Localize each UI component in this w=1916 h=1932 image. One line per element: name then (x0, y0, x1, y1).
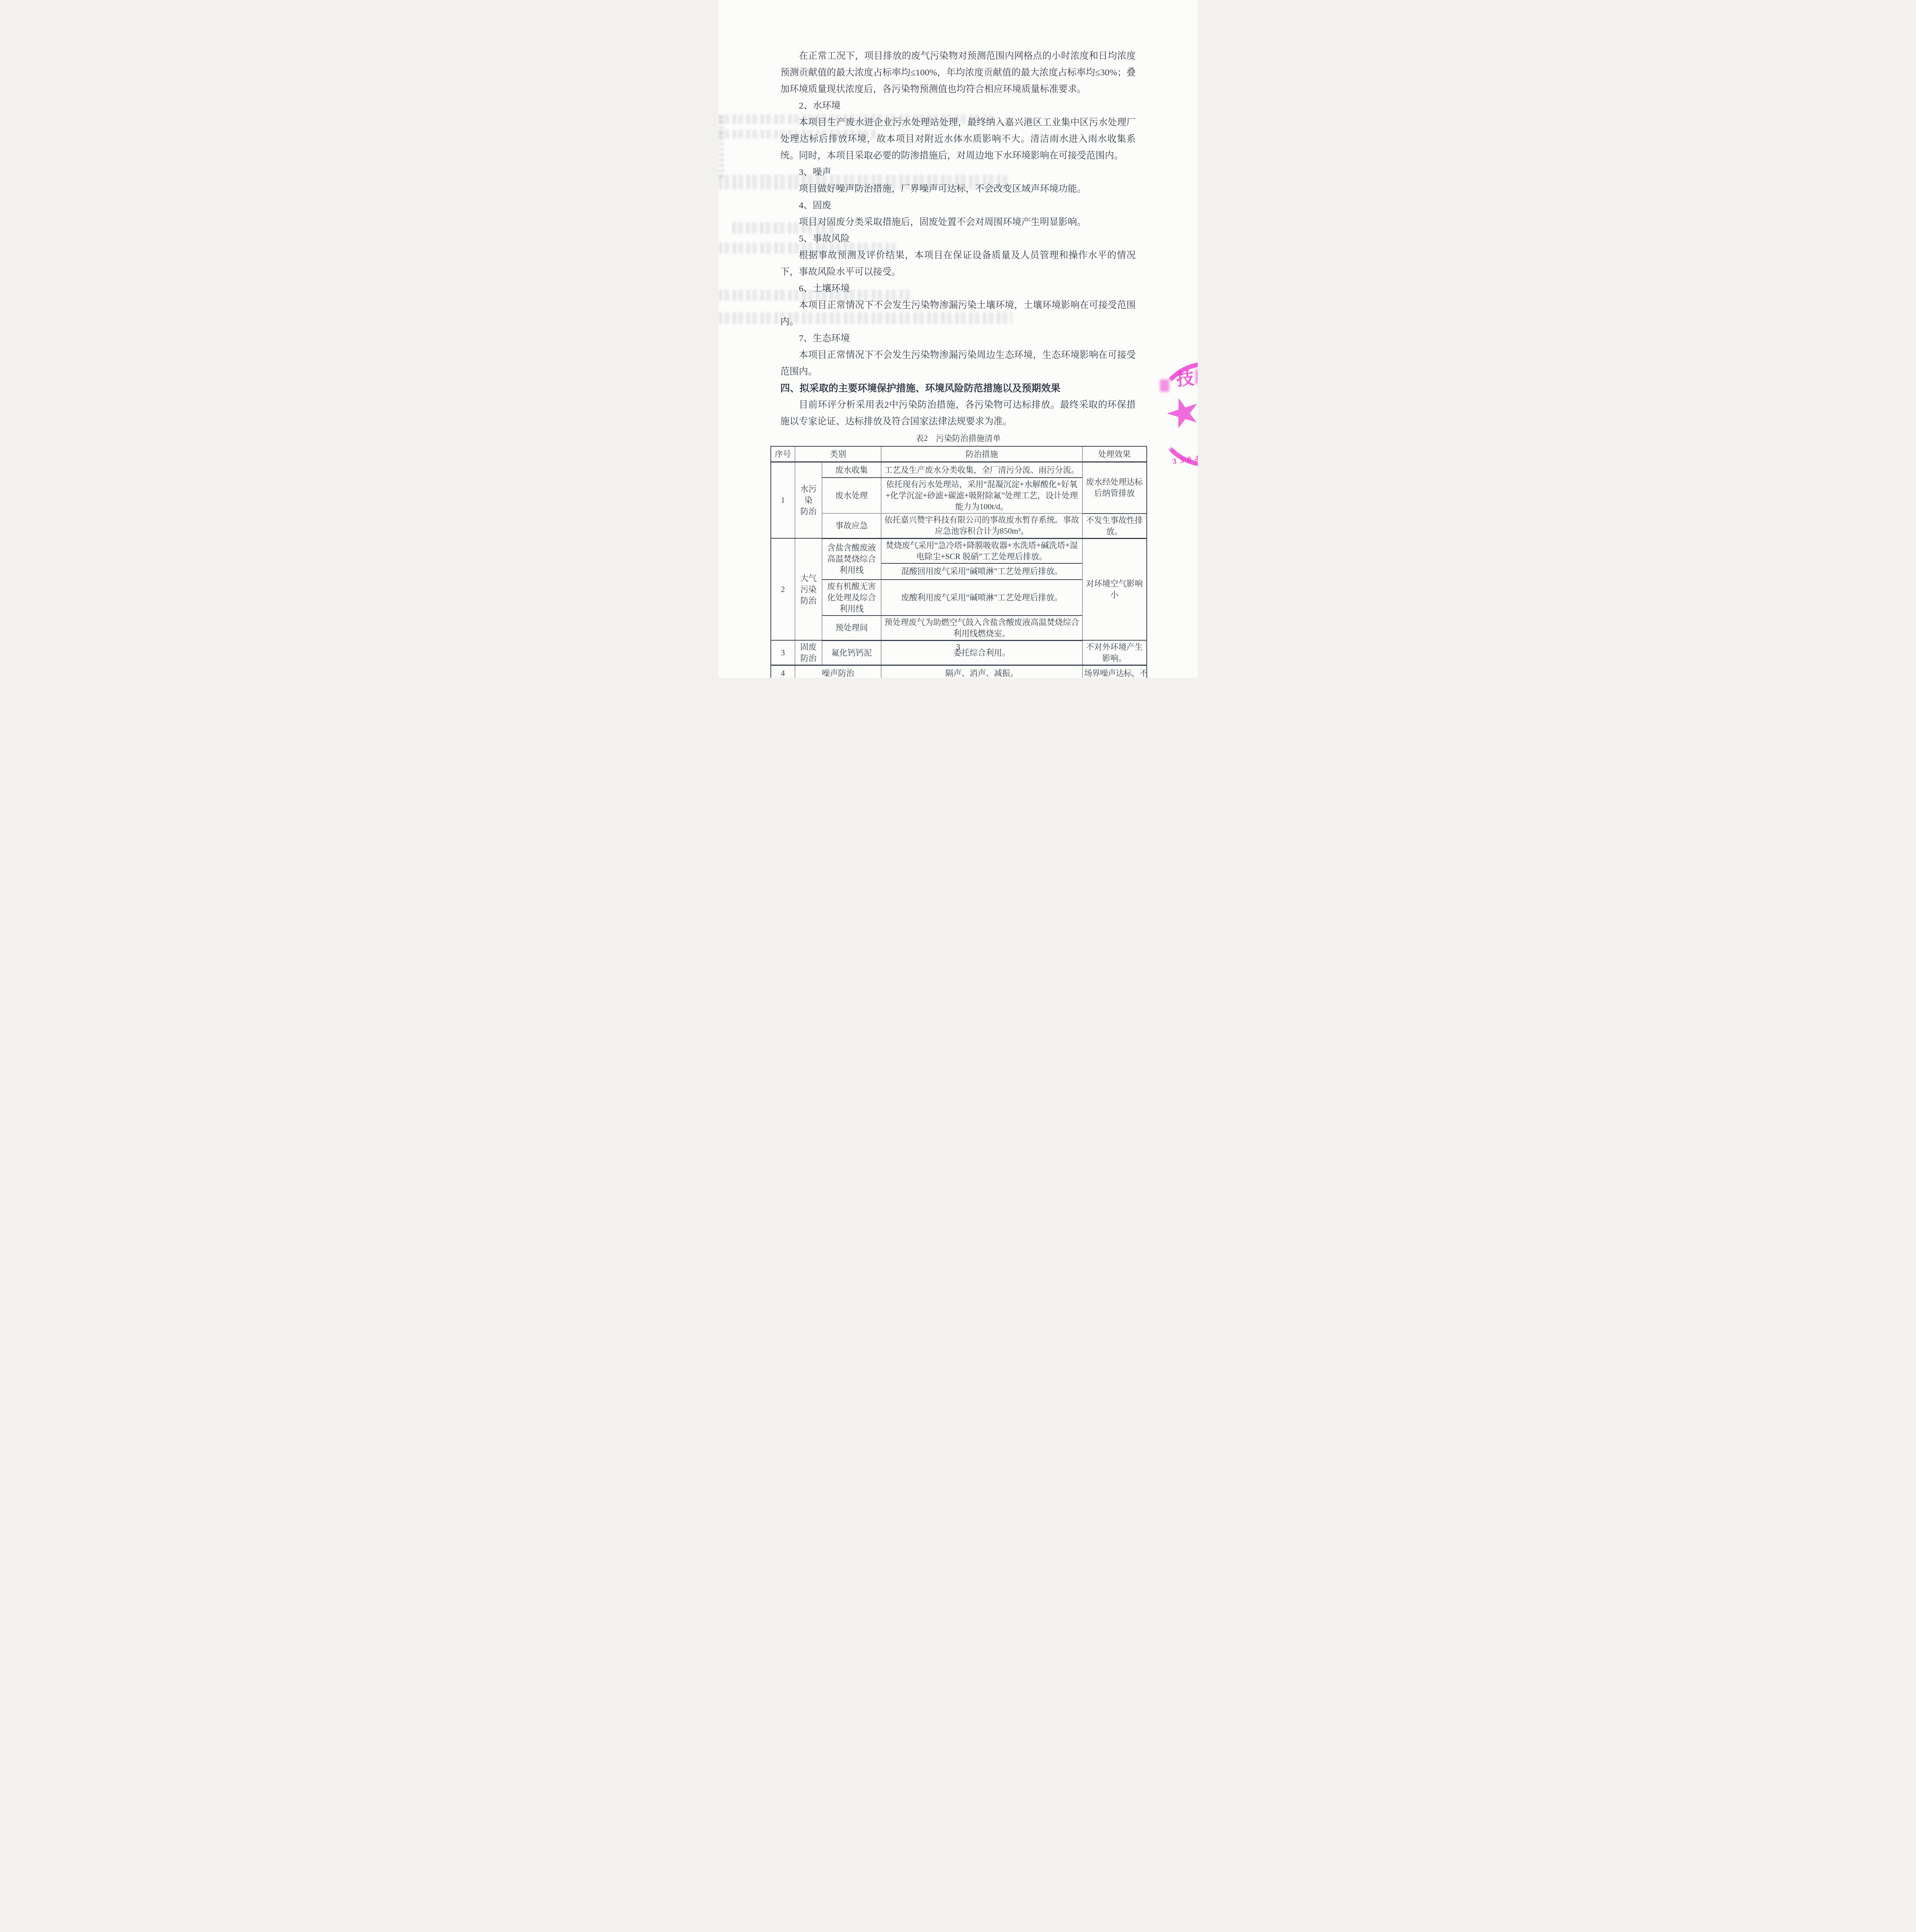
cell-no-water: 1 (771, 462, 795, 539)
paragraph-soil-environment: 本项目正常情况下不会发生污染物渗漏污染土壤环境，土壤环境影响在可接受范围内。 (780, 297, 1136, 330)
cell-measure-incineration-flue-gas: 焚烧废气采用“急冷塔+降膜吸收器+水洗塔+碱洗塔+湿电除尘+SCR 脱硝”工艺处… (881, 538, 1083, 563)
cell-sub-wastewater-collect: 废水收集 (822, 462, 881, 478)
cell-sub-organic-acid-line: 废有机酸无害化处理及综合利用线 (822, 580, 881, 616)
header-cell-category: 类别 (795, 446, 881, 462)
paragraph-water-environment: 本项目生产废水进企业污水处理站处理，最终纳入嘉兴港区工业集中区污水处理厂处理达标… (780, 114, 1136, 164)
cell-sub-wastewater-treatment: 废水处理 (822, 478, 881, 514)
scanned-document-page: 在正常工况下，项目排放的废气污染物对预测范围内网格点的小时浓度和日均浓度预测贡献… (719, 0, 1198, 678)
table-caption: 表2 污染防治措施清单 (770, 432, 1146, 444)
heading-ecological-environment: 7、生态环境 (780, 330, 1136, 347)
cell-group-air-pollution: 大气 污染 防治 (795, 538, 822, 640)
paragraph-ecological-environment: 本项目正常情况下不会发生污染物渗漏污染周边生态环境，生态环境影响在可接受范围内。 (780, 347, 1136, 380)
table-row-incineration-flue-gas: 2 大气 污染 防治 含盐含酸废液高温焚烧综合利用线 焚烧废气采用“急冷塔+降膜… (771, 538, 1147, 563)
cell-sub-incineration-line: 含盐含酸废液高温焚烧综合利用线 (822, 538, 881, 580)
cell-measure-mixed-acid-gas: 混酸回用废气采用“碱喷淋”工艺处理后排放。 (881, 563, 1083, 580)
cell-category-noise-control: 噪声防治 (795, 665, 881, 678)
header-cell-no: 序号 (771, 446, 795, 462)
cell-measure-organic-acid-gas: 废酸利用废气采用“碱喷淋”工艺处理后排放。 (881, 580, 1083, 616)
stamp-partial-character (1160, 379, 1169, 392)
cell-effect-air: 对环境空气影响小 (1083, 538, 1147, 640)
document-body: 在正常工况下，项目排放的废气污染物对预测范围内网格点的小时浓度和日均浓度预测贡献… (780, 48, 1136, 678)
cell-measure-wastewater-collect: 工艺及生产废水分类收集，全厂清污分流、雨污分流。 (881, 462, 1083, 478)
red-stamp: 技 33049 (1154, 362, 1198, 467)
paragraph-noise: 项目做好噪声防治措施，厂界噪声可达标，不会改变区域声环境功能。 (780, 181, 1136, 197)
heading-soil-environment: 6、土壤环境 (780, 281, 1136, 297)
cell-no-noise: 4 (771, 665, 795, 678)
heading-water-environment: 2、水环境 (780, 98, 1136, 114)
cell-effect-noise-control: 场界噪声达标，不 (1083, 665, 1147, 678)
table-header-row: 序号 类别 防治措施 处理效果 (771, 446, 1147, 462)
table-row-wastewater-collect: 1 水污 染 防治 废水收集 工艺及生产废水分类收集，全厂清污分流、雨污分流。 … (771, 462, 1147, 478)
cell-measure-pretreatment: 预处理废气为助燃空气鼓入含盐含酸废液高温焚烧综合利用线燃烧室。 (881, 616, 1083, 641)
paragraph-accident-risk: 根据事故预测及评价结果，本项目在保证设备质量及人员管理和操作水平的情况下，事故风… (780, 247, 1136, 281)
cell-no-air: 2 (771, 538, 795, 640)
page-number: 3 (719, 642, 1198, 652)
heading-section-four: 四、拟采取的主要环境保护措施、环境风险防范措施以及预期效果 (780, 380, 1136, 397)
cell-measure-noise-control: 隔声、消声、减振。 (881, 665, 1083, 678)
cell-effect-wastewater: 废水经处理达标后纳管排放 (1083, 462, 1147, 514)
header-cell-effect: 处理效果 (1083, 446, 1147, 462)
cell-measure-accident-emergency: 依托嘉兴赞宇科技有限公司的事故废水暂存系统。事故应急池容积合计为850m³。 (881, 514, 1083, 539)
heading-noise: 3、噪声 (780, 164, 1136, 181)
stamp-character: 技 (1175, 364, 1195, 391)
cell-measure-wastewater-treatment: 依托现有污水处理站，采用“混凝沉淀+水解酸化+好氧+化学沉淀+砂滤+碳滤+吸附除… (881, 478, 1083, 514)
paragraph-air-prediction: 在正常工况下，项目排放的废气污染物对预测范围内网格点的小时浓度和日均浓度预测贡献… (780, 48, 1136, 98)
cell-sub-accident-emergency: 事故应急 (822, 514, 881, 539)
paragraph-section-four-intro: 目前环评分析采用表2中污染防治措施，各污染物可达标排放。最终采取的环保措施以专家… (780, 397, 1136, 430)
heading-accident-risk: 5、事故风险 (780, 231, 1136, 247)
header-cell-measure: 防治措施 (881, 446, 1083, 462)
heading-solid-waste: 4、固废 (780, 197, 1136, 214)
bleed-through-artifact (719, 116, 724, 178)
cell-group-water-pollution: 水污 染 防治 (795, 462, 822, 539)
table-row-accident-emergency: 事故应急 依托嘉兴赞宇科技有限公司的事故废水暂存系统。事故应急池容积合计为850… (771, 514, 1147, 539)
paragraph-solid-waste: 项目对固废分类采取措施后，固废处置不会对周围环境产生明显影响。 (780, 214, 1136, 231)
table-row-noise-control: 4 噪声防治 隔声、消声、减振。 场界噪声达标，不 (771, 665, 1147, 678)
stamp-partial-character (1195, 369, 1198, 384)
cell-sub-pretreatment-room: 预处理间 (822, 616, 881, 641)
cell-effect-accident-emergency: 不发生事故性排放。 (1083, 514, 1147, 539)
